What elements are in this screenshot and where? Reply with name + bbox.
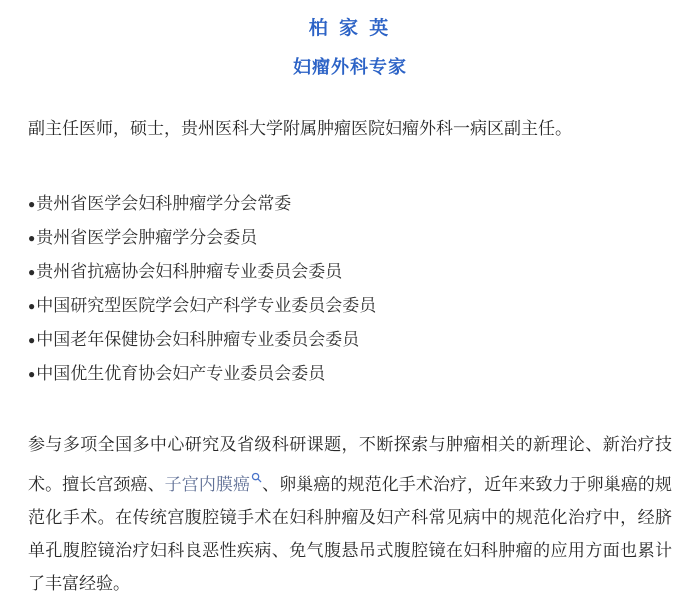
credential-item: ●中国研究型医院学会妇产科学专业委员会委员 [28, 289, 672, 323]
doctor-name-title: 柏 家 英 [28, 16, 672, 42]
entity-link-text[interactable]: 子宫内膜癌 [165, 475, 250, 494]
bullet-icon: ● [28, 197, 35, 211]
credential-item: ●贵州省医学会妇科肿瘤学分会常委 [28, 187, 672, 221]
bio-paragraph: 参与多项全国多中心研究及省级科研课题，不断探索与肿瘤相关的新理论、新治疗技术。擅… [28, 428, 672, 600]
bullet-icon: ● [28, 231, 35, 245]
doctor-specialty-subtitle: 妇瘤外科专家 [28, 55, 672, 79]
intro-paragraph: 副主任医师，硕士，贵州医科大学附属肿瘤医院妇瘤外科一病区副主任。 [28, 116, 672, 142]
article-body: 柏 家 英 妇瘤外科专家 副主任医师，硕士，贵州医科大学附属肿瘤医院妇瘤外科一病… [0, 0, 700, 613]
credential-text: 贵州省医学会妇科肿瘤学分会常委 [36, 194, 291, 213]
entity-link[interactable]: 子宫内膜癌 [165, 475, 262, 494]
bullet-icon: ● [28, 265, 35, 279]
bullet-icon: ● [28, 333, 35, 347]
bullet-icon: ● [28, 299, 35, 313]
bullet-icon: ● [28, 367, 35, 381]
credential-text: 中国老年保健协会妇科肿瘤专业委员会委员 [36, 330, 359, 349]
credential-item: ●贵州省医学会肿瘤学分会委员 [28, 221, 672, 255]
credential-item: ●中国老年保健协会妇科肿瘤专业委员会委员 [28, 323, 672, 357]
search-icon[interactable] [251, 461, 262, 494]
credential-text: 贵州省医学会肿瘤学分会委员 [36, 228, 257, 247]
credential-text: 中国研究型医院学会妇产科学专业委员会委员 [36, 296, 376, 315]
credential-item: ●贵州省抗癌协会妇科肿瘤专业委员会委员 [28, 255, 672, 289]
credential-item: ●中国优生优育协会妇产专业委员会委员 [28, 357, 672, 391]
credential-text: 中国优生优育协会妇产专业委员会委员 [36, 364, 325, 383]
credentials-list: ●贵州省医学会妇科肿瘤学分会常委 ●贵州省医学会肿瘤学分会委员 ●贵州省抗癌协会… [28, 187, 672, 391]
credential-text: 贵州省抗癌协会妇科肿瘤专业委员会委员 [36, 262, 342, 281]
